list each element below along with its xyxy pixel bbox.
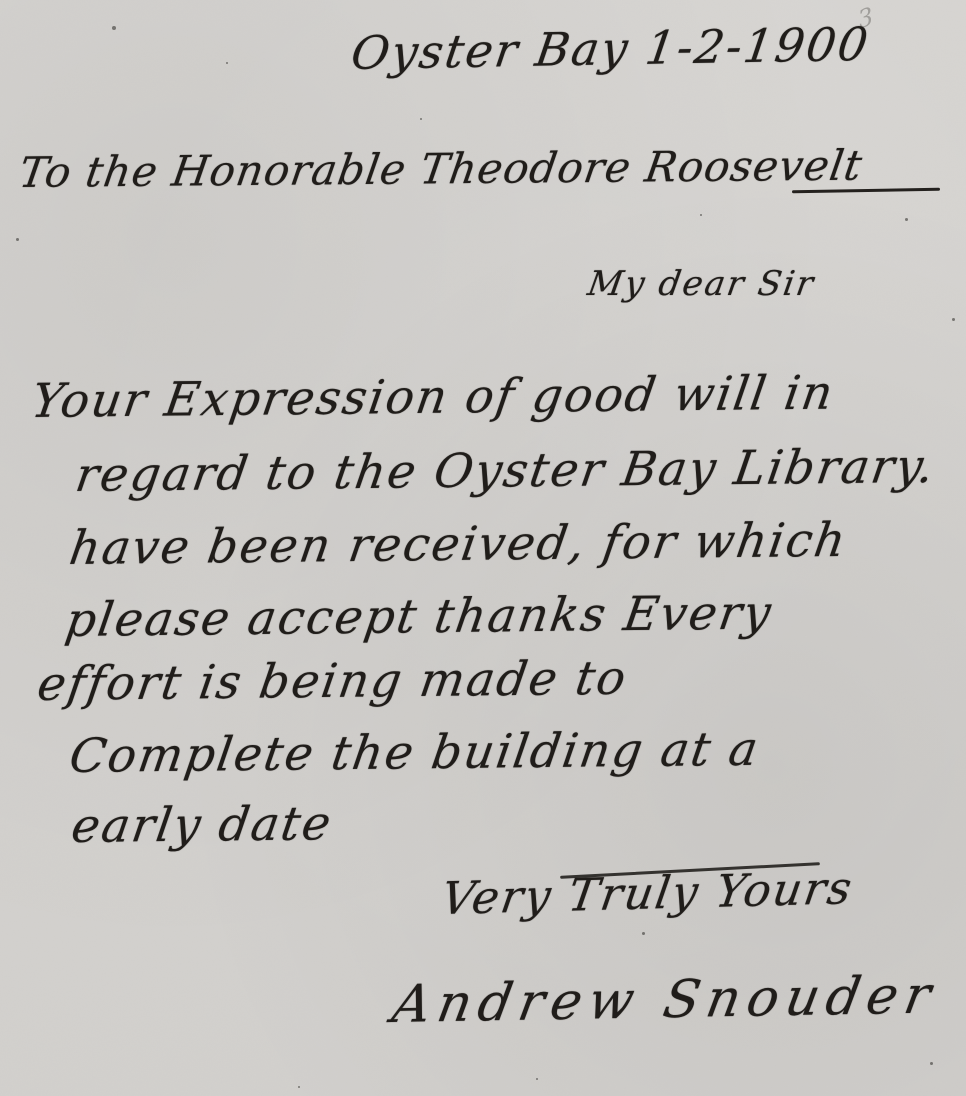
body-line: Your Expression of good will in <box>28 366 838 429</box>
ink-speck <box>700 214 702 216</box>
ink-speck <box>420 118 422 120</box>
ink-speck <box>642 932 645 935</box>
salutation-line: My dear Sir <box>585 264 818 304</box>
ink-speck <box>952 318 955 321</box>
body-line: effort is being made to <box>34 651 631 712</box>
ink-speck <box>16 238 19 241</box>
ink-speck <box>298 1086 300 1088</box>
ink-speck <box>905 218 908 221</box>
letter-page: 3 Oyster Bay 1-2-1900 To the Honorable T… <box>0 0 966 1096</box>
signature-line: Andrew Snouder <box>388 966 942 1035</box>
ink-speck <box>226 62 228 64</box>
body-line: regard to the Oyster Bay Library. <box>72 439 939 503</box>
date-line: Oyster Bay 1-2-1900 <box>348 17 873 80</box>
ink-speck <box>536 1078 538 1080</box>
ink-speck <box>112 26 116 30</box>
ink-speck <box>930 1062 933 1065</box>
body-line: have been received, for which <box>66 513 851 576</box>
body-line: please accept thanks Every <box>62 586 776 648</box>
body-line: early date <box>68 796 336 854</box>
body-line: Complete the building at a <box>66 722 763 784</box>
recipient-line: To the Honorable Theodore Roosevelt <box>16 141 866 197</box>
closing-line: Very Truly Yours <box>438 861 857 925</box>
